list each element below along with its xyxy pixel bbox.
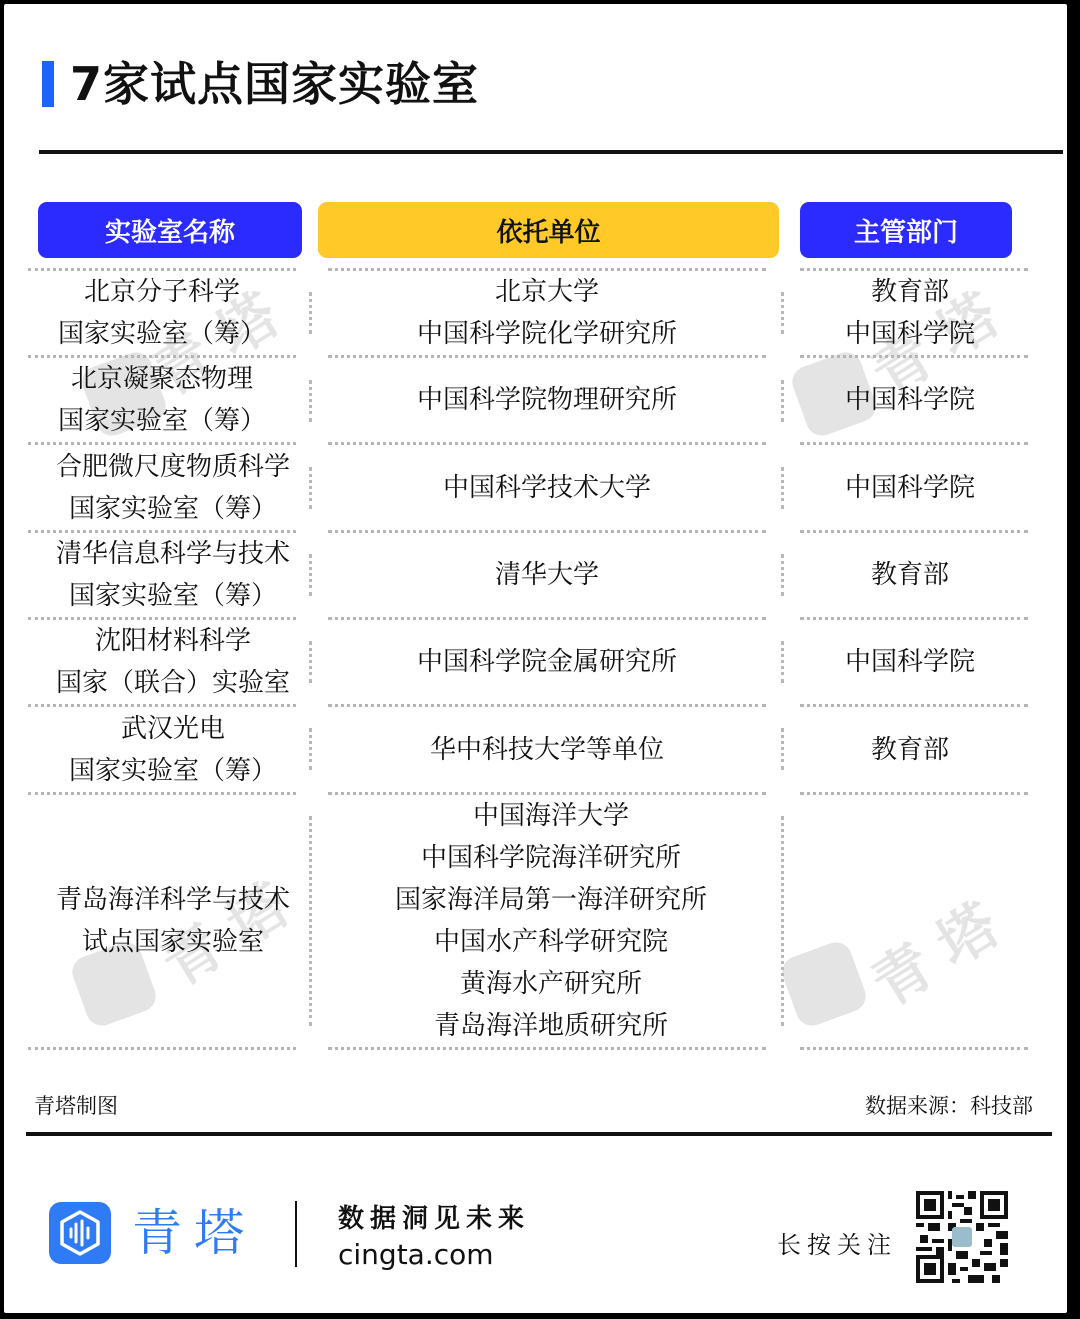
table-row-7-host: 中国海洋大学 中国科学院海洋研究所 国家海洋局第一海洋研究所 中国水产科学研究院… bbox=[328, 795, 774, 1047]
page-title: 7家试点国家实验室 bbox=[70, 54, 479, 114]
table-row-2-host: 中国科学院物理研究所 bbox=[328, 358, 766, 442]
cingta-logo-icon bbox=[49, 1202, 111, 1264]
table-row-5-dept: 中国科学院 bbox=[800, 620, 1020, 704]
table-row-6-host: 华中科技大学等单位 bbox=[328, 707, 766, 792]
title-accent-bar bbox=[42, 61, 54, 107]
table-row-1-host: 北京大学中国科学院化学研究所 bbox=[328, 271, 766, 355]
chart-credit: 青塔制图 bbox=[34, 1090, 118, 1120]
brand-divider bbox=[295, 1201, 297, 1267]
infographic-card: 7家试点国家实验室 青塔 青塔 青塔 青塔 实验室名称 依托单位 主管部门 bbox=[4, 4, 1067, 1313]
qr-code-icon[interactable] bbox=[916, 1191, 1008, 1283]
header-host-institution: 依托单位 bbox=[318, 202, 779, 258]
table-row-6-lab: 武汉光电国家实验室（筹） bbox=[28, 707, 318, 792]
footer-divider bbox=[26, 1132, 1052, 1136]
table-row-1-dept: 教育部中国科学院 bbox=[800, 271, 1020, 355]
header-lab-name: 实验室名称 bbox=[38, 202, 302, 258]
brand-website[interactable]: cingta.com bbox=[338, 1238, 494, 1271]
table-row-3-lab: 合肥微尺度物质科学国家实验室（筹） bbox=[28, 445, 318, 530]
table-row-3-host: 中国科学技术大学 bbox=[328, 445, 766, 530]
table-row-7-dept bbox=[800, 795, 1020, 1047]
table-row-4-lab: 清华信息科学与技术国家实验室（筹） bbox=[28, 533, 318, 617]
follow-prompt: 长按关注 bbox=[777, 1225, 897, 1260]
table-row-5-host: 中国科学院金属研究所 bbox=[328, 620, 766, 704]
table-row-2-dept: 中国科学院 bbox=[800, 358, 1020, 442]
brand-slogan: 数据洞见未来 bbox=[338, 1198, 530, 1235]
table-row-5-lab: 沈阳材料科学国家（联合）实验室 bbox=[28, 620, 318, 704]
header-supervising-dept: 主管部门 bbox=[800, 202, 1012, 258]
table-row-7-lab: 青岛海洋科学与技术试点国家实验室 bbox=[28, 795, 318, 1047]
table-row-4-host: 清华大学 bbox=[328, 533, 766, 617]
table-row-1-lab: 北京分子科学国家实验室（筹） bbox=[28, 271, 296, 355]
table-row-6-dept: 教育部 bbox=[800, 707, 1020, 792]
table-row-3-dept: 中国科学院 bbox=[800, 445, 1020, 530]
title-divider bbox=[39, 150, 1063, 154]
table-row-4-dept: 教育部 bbox=[800, 533, 1020, 617]
brand-name: 青塔 bbox=[132, 1200, 256, 1266]
table-row-2-lab: 北京凝聚态物理国家实验室（筹） bbox=[28, 358, 296, 442]
data-source: 数据来源：科技部 bbox=[865, 1090, 1033, 1120]
